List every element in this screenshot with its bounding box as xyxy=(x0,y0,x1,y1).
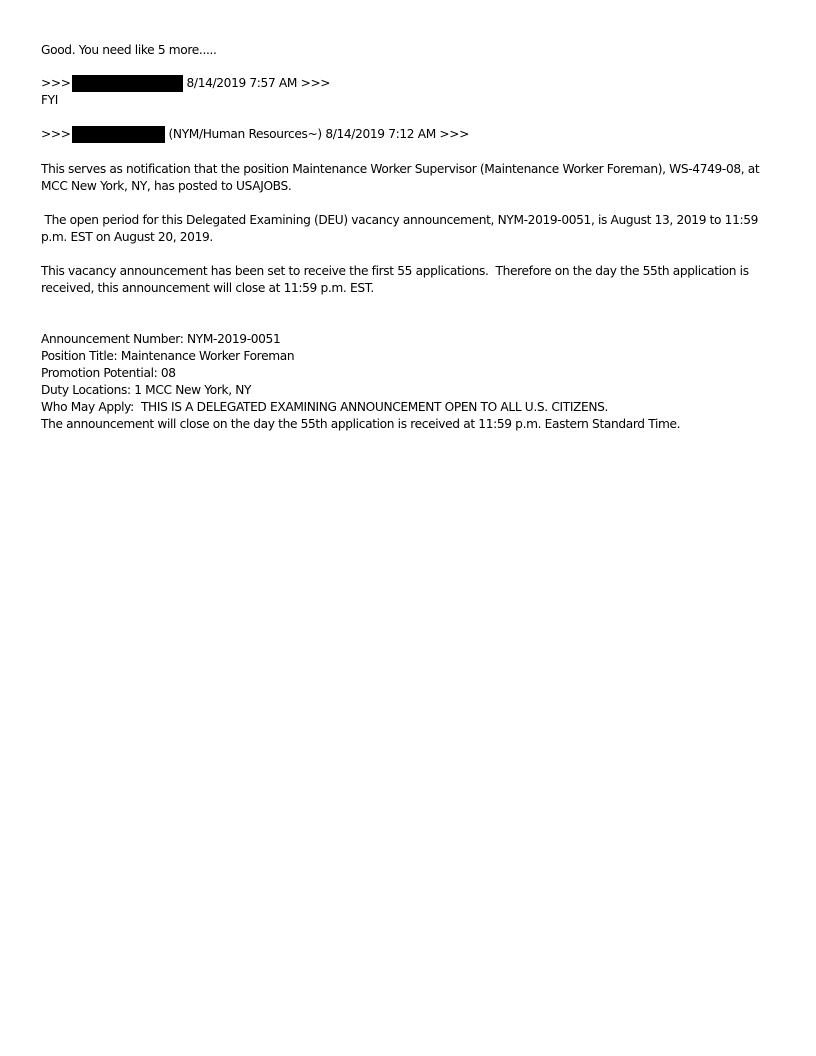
detail-promotion-potential: Promotion Potential: 08 xyxy=(41,365,176,382)
paragraph-application-cap-line-2: received, this announcement will close a… xyxy=(41,280,374,297)
paragraph-notification-line-2: MCC New York, NY, has posted to USAJOBS. xyxy=(41,178,291,195)
detail-duty-locations: Duty Locations: 1 MCC New York, NY xyxy=(41,382,251,399)
detail-announcement-number: Announcement Number: NYM-2019-0051 xyxy=(41,331,280,348)
detail-closing-note: The announcement will close on the day t… xyxy=(41,416,680,433)
redacted-sender xyxy=(72,75,183,92)
forward-timestamp: 8/14/2019 7:12 AM xyxy=(325,127,436,141)
quote-prefix: >>> xyxy=(41,126,72,143)
paragraph-notification-line-1: This serves as notification that the pos… xyxy=(41,161,759,178)
paragraph-open-period-line-1: The open period for this Delegated Exami… xyxy=(41,212,758,229)
forward-header-2: >>> (NYM/Human Resources~) 8/14/2019 7:1… xyxy=(41,126,469,143)
redacted-sender xyxy=(72,126,165,143)
forward-header-1: >>> 8/14/2019 7:57 AM >>> xyxy=(41,75,330,92)
paragraph-application-cap-line-1: This vacancy announcement has been set t… xyxy=(41,263,749,280)
forward-body-1: FYI xyxy=(41,92,58,109)
reply-body: Good. You need like 5 more..... xyxy=(41,42,217,59)
quote-suffix: >>> xyxy=(301,76,331,90)
detail-who-may-apply: Who May Apply: THIS IS A DELEGATED EXAMI… xyxy=(41,399,608,416)
forward-timestamp: 8/14/2019 7:57 AM xyxy=(187,76,298,90)
sender-department: (NYM/Human Resources~) xyxy=(169,127,322,141)
quote-prefix: >>> xyxy=(41,75,72,92)
paragraph-open-period-line-2: p.m. EST on August 20, 2019. xyxy=(41,229,213,246)
detail-position-title: Position Title: Maintenance Worker Forem… xyxy=(41,348,294,365)
quote-suffix: >>> xyxy=(439,127,469,141)
